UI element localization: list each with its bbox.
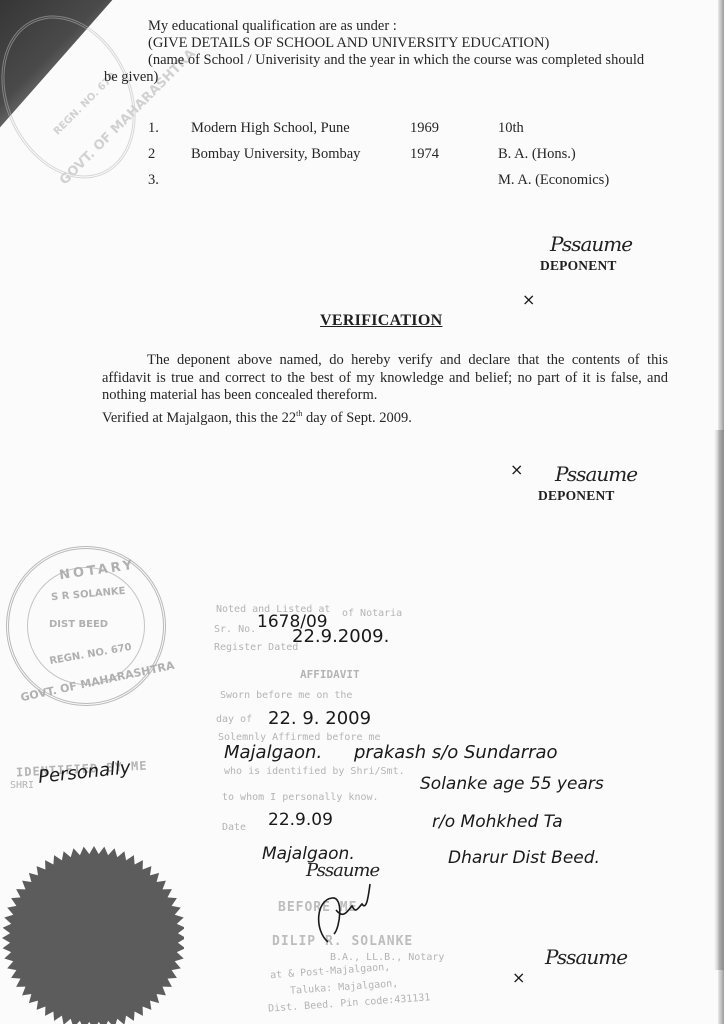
handwritten-date: 22. 9. 2009 [268, 708, 371, 729]
handwritten-place: Majalgaon. [224, 742, 322, 763]
degree: B. A. (Hons.) [498, 146, 576, 163]
stamp-text: day of [216, 714, 252, 725]
stamp-text: Sworn before me on the [220, 690, 352, 701]
degree: M. A. (Economics) [498, 172, 609, 189]
intro-line: (GIVE DETAILS OF SCHOOL AND UNIVERSITY E… [148, 35, 644, 52]
verification-body: The deponent above named, do hereby veri… [102, 352, 668, 427]
faded-notary-stamp-top: GOVT. OF MAHARASHTRA REGN. NO. 670 [0, 0, 161, 200]
handwritten-address: r/o Mohkhed Ta [432, 812, 563, 832]
verified-prefix: Verified at Majalgaon, this the 22 [102, 409, 296, 425]
row-number: 3. [148, 172, 159, 189]
cross-mark: × [512, 968, 525, 987]
verification-paragraph: The deponent above named, do hereby veri… [102, 352, 668, 405]
stamp-text: Sr. No. [214, 624, 256, 635]
handwritten-name: Solanke age 55 years [420, 774, 604, 794]
deponent-signature: Pssaume [555, 462, 637, 486]
handwritten-name: prakash s/o Sundarrao [354, 742, 558, 763]
notary-stamp: NOTARY S R SOLANKE DIST BEED REGN. NO. 6… [6, 546, 166, 706]
stamp-text: AFFIDAVIT [300, 668, 360, 681]
deponent-signature: Pssaume [545, 945, 627, 969]
stamp-text: of Notaria [342, 608, 402, 619]
handwritten-identified: Personally [37, 757, 131, 788]
institution: Modern High School, Pune [191, 120, 350, 137]
deponent-signature: Pssaume [306, 860, 379, 881]
row-number: 1. [148, 120, 159, 137]
degree: 10th [498, 120, 524, 137]
intro-line: be given) [104, 69, 644, 86]
row-number: 2 [148, 146, 155, 163]
stamp-text: SHRI [10, 780, 34, 791]
verification-title: VERIFICATION [320, 312, 442, 330]
handwritten-address: Dharur Dist Beed. [448, 848, 600, 868]
year: 1969 [410, 120, 439, 137]
notary-signature [310, 880, 380, 950]
verified-at-line: Verified at Majalgaon, this the 22th day… [102, 405, 668, 427]
stamp-text: Register Dated [214, 642, 298, 653]
stamp-text: Taluka: Majalgaon, [290, 978, 399, 997]
stamp-text: Date [222, 822, 246, 833]
cross-mark: × [510, 460, 523, 479]
deponent-label: DEPONENT [540, 258, 617, 274]
intro-line: (name of School / Univerisity and the ye… [148, 52, 644, 69]
stamp-text: at & Post-Majalgaon, [270, 962, 391, 981]
stamp-text: to whom I personally know. [222, 792, 379, 803]
stamp-text: who is identified by Shri/Smt. [224, 766, 405, 777]
deponent-signature: Pssaume [550, 232, 632, 256]
cross-mark: × [522, 290, 535, 309]
handwritten-date: 22.9.09 [268, 810, 333, 830]
intro-line: My educational qualification are as unde… [148, 18, 644, 35]
page-edge-shadow-lower [714, 430, 724, 970]
verified-suffix: day of Sept. 2009. [302, 409, 412, 425]
institution: Bombay University, Bombay [191, 146, 360, 163]
stamp-text: DIST BEED [49, 619, 108, 630]
affidavit-page: GOVT. OF MAHARASHTRA REGN. NO. 670 My ed… [0, 0, 724, 1024]
year: 1974 [410, 146, 439, 163]
qualification-intro: My educational qualification are as unde… [148, 18, 644, 86]
embossed-seal [2, 842, 184, 1024]
deponent-label: DEPONENT [538, 488, 615, 504]
handwritten-date: 22.9.2009. [292, 626, 389, 647]
